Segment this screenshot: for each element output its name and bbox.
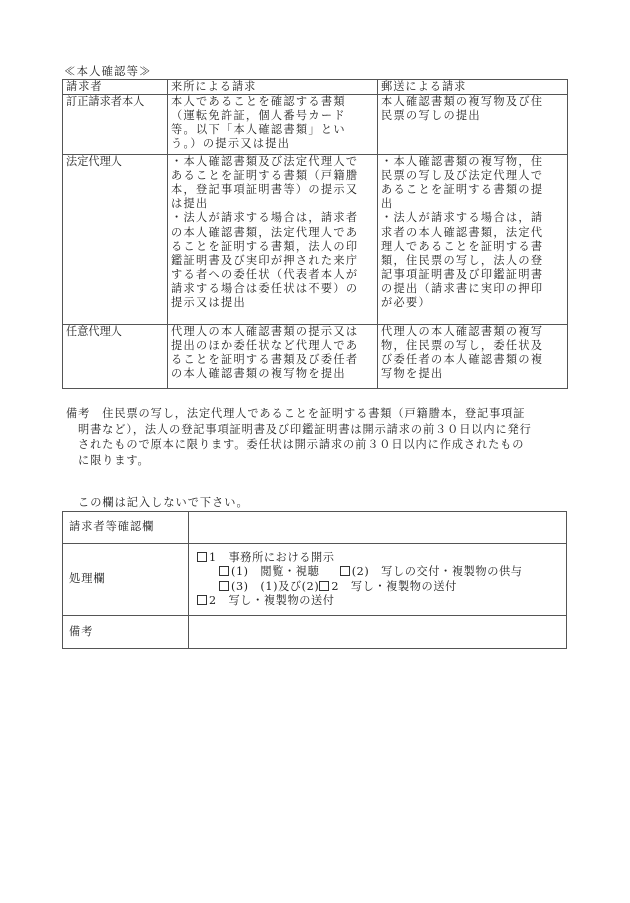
table-row: 訂正請求者本人 本人であることを確認する書類 （運転免許証，個人番号カード 等。… bbox=[63, 95, 568, 155]
processing-row: 処理欄 1 事務所における開示 (1) 閲覧・視聴 (2) 写しの交付・複製物の… bbox=[63, 544, 567, 616]
option-mail-copy[interactable]: 2 写し・複製物の送付 bbox=[197, 594, 560, 608]
text-line: 類，住民票の写し，法人の登 bbox=[381, 254, 564, 268]
header-by-mail: 郵送による請求 bbox=[378, 80, 568, 95]
text-line: の提出（請求書に実印の押印 bbox=[381, 282, 564, 296]
text-line: あることを証明する書類の提 bbox=[381, 183, 564, 197]
text-line: 鑑証明書及び実印が押された来庁 bbox=[171, 254, 374, 268]
checkbox-icon[interactable] bbox=[197, 552, 207, 562]
text-line: あることを証明する書類（戸籍謄 bbox=[171, 169, 374, 183]
text-line: ・本人確認書類及び法定代理人で bbox=[171, 155, 374, 169]
remarks-label: 備考 bbox=[63, 616, 189, 649]
text-line: 本人確認書類の複写物及び住 bbox=[381, 95, 564, 109]
office-use-notice: この欄は記入しないで下さい。 bbox=[78, 494, 249, 510]
option-label: (3) (1)及び(2) bbox=[231, 580, 319, 593]
text-line: ることを証明する書類及び委任者 bbox=[171, 353, 374, 367]
text-line: 民票の写しの提出 bbox=[381, 109, 564, 123]
identity-verification-table: 請求者 来所による請求 郵送による請求 訂正請求者本人 本人であることを確認する… bbox=[62, 79, 568, 389]
confirm-label: 請求者等確認欄 bbox=[63, 512, 189, 544]
checkbox-icon[interactable] bbox=[219, 581, 229, 591]
text-line: 物，住民票の写し，委任状及 bbox=[381, 339, 564, 353]
processing-options: 1 事務所における開示 (1) 閲覧・視聴 (2) 写しの交付・複製物の供与 (… bbox=[189, 544, 567, 616]
by-mail-cell: 本人確認書類の複写物及び住 民票の写しの提出 bbox=[378, 95, 568, 155]
note-line: 備考 住民票の写し，法定代理人であることを証明する書類（戸籍謄本，登記事項証 bbox=[66, 406, 532, 422]
header-requester: 請求者 bbox=[63, 80, 168, 95]
requester-cell: 訂正請求者本人 bbox=[63, 95, 168, 155]
checkbox-icon[interactable] bbox=[219, 566, 229, 576]
option-row-3: (3) (1)及び(2)2 写し・複製物の送付 bbox=[197, 580, 560, 594]
text-line: 求者の本人確認書類，法定代 bbox=[381, 226, 564, 240]
remarks-field[interactable] bbox=[189, 616, 567, 649]
by-mail-cell: ・本人確認書類の複写物，住 民票の写し及び法定代理人で あることを証明する書類の… bbox=[378, 155, 568, 325]
table-row: 任意代理人 代理人の本人確認書類の提示又は 提出のほか委任状など代理人であ るこ… bbox=[63, 325, 568, 389]
option-label: (2) 写しの交付・複製物の供与 bbox=[352, 565, 523, 578]
text-line: ・法人が請求する場合は，請求者 bbox=[171, 211, 374, 225]
text-line: 代理人の本人確認書類の複写 bbox=[381, 325, 564, 339]
text-line: 写物を提出 bbox=[381, 367, 564, 381]
note-line: 明書など），法人の登記事項証明書及び印鑑証明書は開示請求の前３０日以内に発行 bbox=[66, 422, 532, 438]
option-label: (1) 閲覧・視聴 bbox=[231, 565, 319, 578]
table-header-row: 請求者 来所による請求 郵送による請求 bbox=[63, 80, 568, 95]
remarks-row: 備考 bbox=[63, 616, 567, 649]
checkbox-icon[interactable] bbox=[197, 595, 207, 605]
text-line: する者への委任状（代表者本人が bbox=[171, 268, 374, 282]
text-line: ・法人が請求する場合は，請 bbox=[381, 211, 564, 225]
note-line: されたもので原本に限ります。委任状は開示請求の前３０日以内に作成されたもの bbox=[66, 437, 532, 453]
text-line: 本，登記事項証明書等）の提示又 bbox=[171, 183, 374, 197]
text-line: 提出のほか委任状など代理人であ bbox=[171, 339, 374, 353]
checkbox-icon[interactable] bbox=[340, 566, 350, 576]
header-in-person: 来所による請求 bbox=[168, 80, 378, 95]
text-line: 本人であることを確認する書類 bbox=[171, 95, 374, 109]
option-label: 2 写し・複製物の送付 bbox=[331, 580, 457, 593]
text-line: は提出 bbox=[171, 197, 374, 211]
option-office-disclosure[interactable]: 1 事務所における開示 bbox=[197, 551, 560, 565]
text-line: び委任者の本人確認書類の複 bbox=[381, 353, 564, 367]
text-line: 代理人の本人確認書類の提示又は bbox=[171, 325, 374, 339]
in-person-cell: 本人であることを確認する書類 （運転免許証，個人番号カード 等。以下「本人確認書… bbox=[168, 95, 378, 155]
by-mail-cell: 代理人の本人確認書類の複写 物，住民票の写し，委任状及 び委任者の本人確認書類の… bbox=[378, 325, 568, 389]
text-line: ることを証明する書類，法人の印 bbox=[171, 240, 374, 254]
remarks-note: 備考 住民票の写し，法定代理人であることを証明する書類（戸籍謄本，登記事項証 明… bbox=[66, 406, 532, 468]
requester-cell: 法定代理人 bbox=[63, 155, 168, 325]
option-label: 1 事務所における開示 bbox=[209, 551, 335, 564]
text-line: が必要） bbox=[381, 296, 564, 310]
in-person-cell: ・本人確認書類及び法定代理人で あることを証明する書類（戸籍謄 本，登記事項証明… bbox=[168, 155, 378, 325]
table-row: 法定代理人 ・本人確認書類及び法定代理人で あることを証明する書類（戸籍謄 本，… bbox=[63, 155, 568, 325]
in-person-cell: 代理人の本人確認書類の提示又は 提出のほか委任状など代理人であ ることを証明する… bbox=[168, 325, 378, 389]
text-line: 出 bbox=[381, 197, 564, 211]
text-line: （運転免許証，個人番号カード bbox=[171, 109, 374, 123]
office-use-table: 請求者等確認欄 処理欄 1 事務所における開示 (1) 閲覧・視聴 (2) 写し… bbox=[62, 511, 567, 649]
text-line: 理人であることを証明する書 bbox=[381, 240, 564, 254]
checkbox-icon[interactable] bbox=[319, 581, 329, 591]
note-line: に限ります。 bbox=[66, 453, 532, 469]
option-row-1-2: (1) 閲覧・視聴 (2) 写しの交付・複製物の供与 bbox=[197, 565, 560, 579]
text-line: 請求する場合は委任状は不要）の bbox=[171, 282, 374, 296]
text-line: 提示又は提出 bbox=[171, 296, 374, 310]
option-label: 2 写し・複製物の送付 bbox=[209, 594, 335, 607]
text-line: う。）の提示又は提出 bbox=[171, 137, 374, 151]
text-line: 等。以下「本人確認書類」とい bbox=[171, 123, 374, 137]
section-title: ≪本人確認等≫ bbox=[64, 64, 152, 78]
text-line: 記事項証明書及び印鑑証明書 bbox=[381, 268, 564, 282]
text-line: ・本人確認書類の複写物，住 bbox=[381, 155, 564, 169]
confirm-field[interactable] bbox=[189, 512, 567, 544]
text-line: 民票の写し及び法定代理人で bbox=[381, 169, 564, 183]
text-line: の本人確認書類，法定代理人であ bbox=[171, 226, 374, 240]
text-line: の本人確認書類の複写物を提出 bbox=[171, 367, 374, 381]
requester-cell: 任意代理人 bbox=[63, 325, 168, 389]
confirm-row: 請求者等確認欄 bbox=[63, 512, 567, 544]
processing-label: 処理欄 bbox=[63, 544, 189, 616]
